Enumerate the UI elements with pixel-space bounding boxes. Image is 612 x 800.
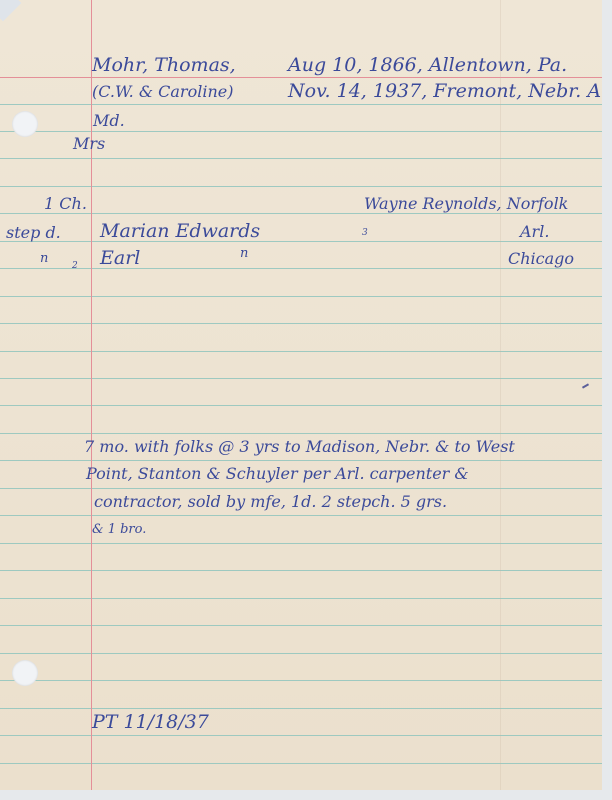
- child-name-1: Marian Edwards: [100, 222, 260, 241]
- child-location-2a: Arl.: [520, 224, 549, 240]
- children-count: 1 Ch.: [44, 196, 87, 212]
- torn-corner: [0, 0, 21, 21]
- ditto-mark: 2: [72, 262, 78, 271]
- death-info: Nov. 14, 1937, Fremont, Nebr. Arl: [288, 82, 602, 101]
- left-margin-line: [91, 0, 92, 790]
- ditto-mark: n: [40, 252, 48, 265]
- stray-pen-mark: [582, 383, 589, 388]
- birth-info: Aug 10, 1866, Allentown, Pa.: [288, 56, 567, 75]
- notes-line-1: 7 mo. with folks @ 3 yrs to Madison, Neb…: [84, 439, 515, 455]
- notes-line-4: & 1 bro.: [92, 523, 146, 536]
- child-location-1: Wayne Reynolds, Norfolk: [364, 196, 568, 212]
- punch-hole-top: [12, 111, 38, 137]
- mrs-label: Mrs: [73, 136, 105, 152]
- step-label: step d.: [6, 225, 61, 241]
- signature-date: PT 11/18/37: [92, 713, 209, 732]
- child-name-2: Earl: [100, 249, 140, 268]
- parents: (C.W. & Caroline): [92, 84, 233, 100]
- person-name: Mohr, Thomas,: [92, 56, 236, 75]
- notes-line-3: contractor, sold by mfe, 1d. 2 stepch. 5…: [94, 494, 447, 510]
- row-mark: 3: [362, 229, 368, 238]
- faint-fold-line: [500, 0, 501, 790]
- notes-line-2: Point, Stanton & Schuyler per Arl. carpe…: [86, 466, 469, 482]
- married-label: Md.: [93, 113, 125, 129]
- child-location-2b: Chicago: [508, 251, 574, 267]
- ditto-mark: n: [240, 247, 248, 260]
- notebook-page: Mohr, Thomas, Aug 10, 1866, Allentown, P…: [0, 0, 602, 790]
- punch-hole-bottom: [12, 660, 38, 686]
